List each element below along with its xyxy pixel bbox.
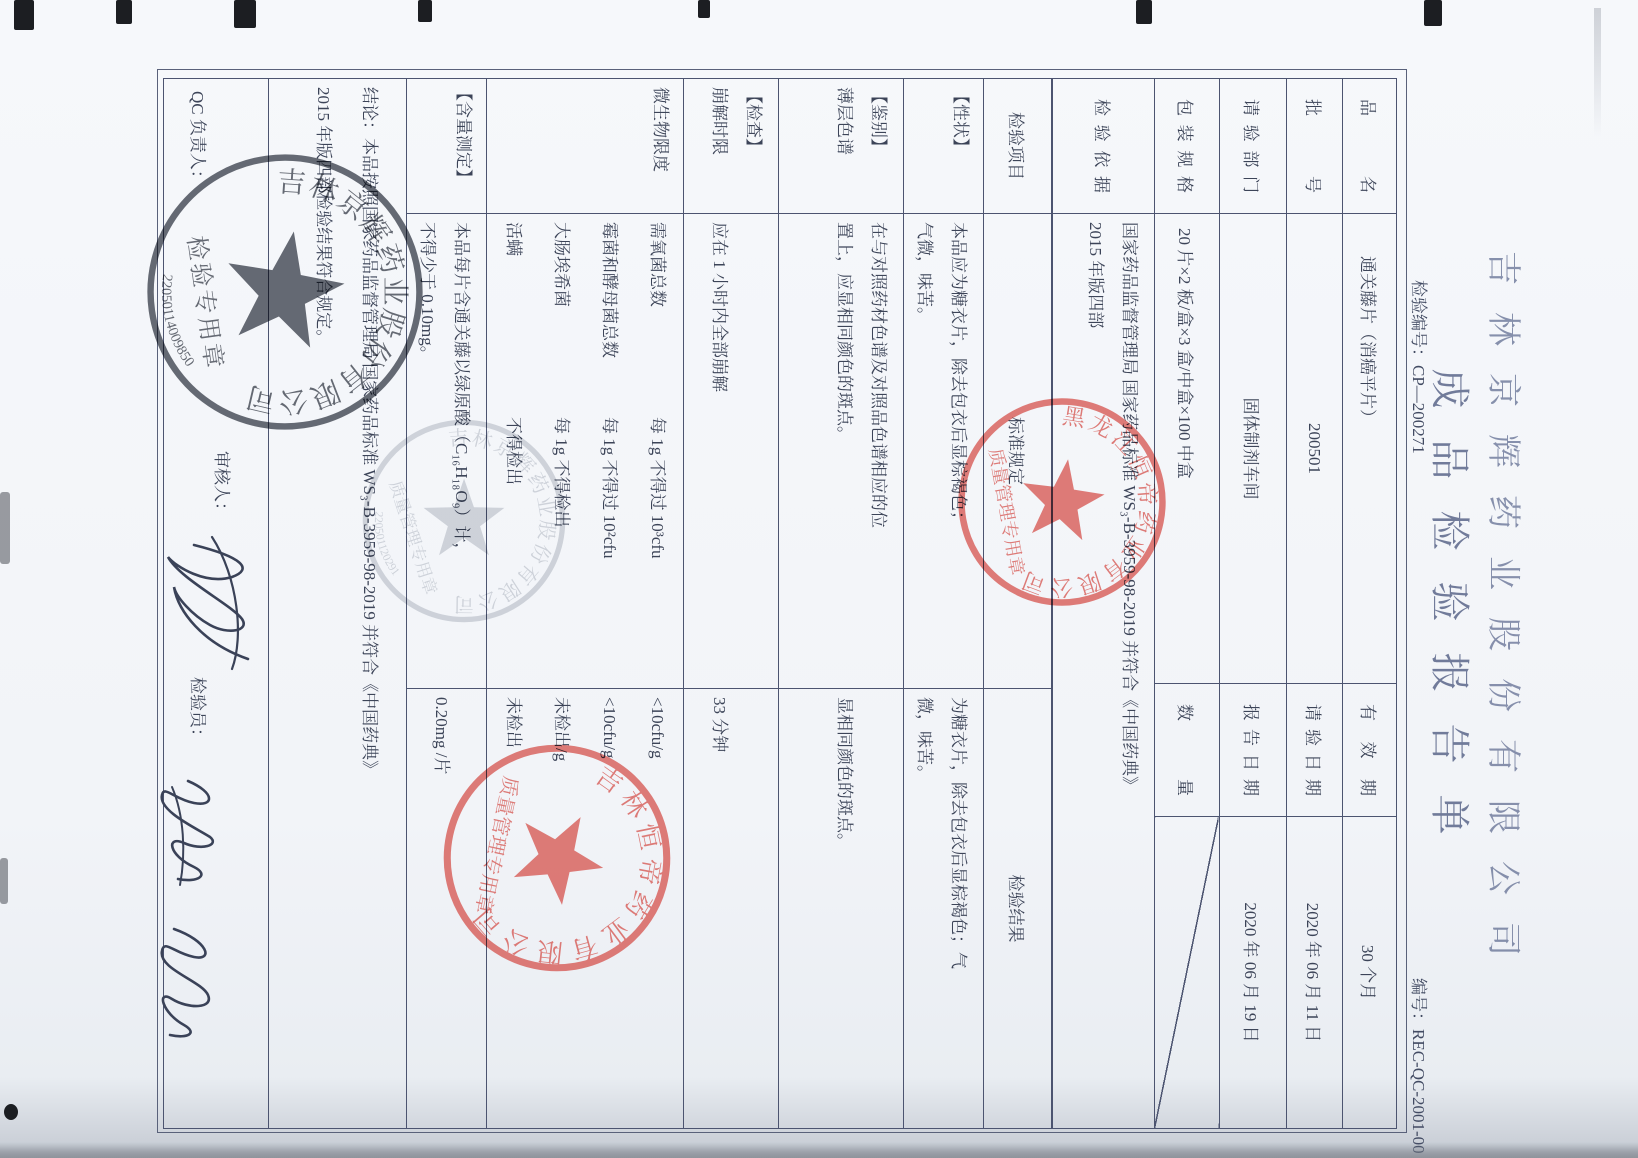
character-result-line2: 微，味苦。 bbox=[907, 697, 941, 1120]
star-icon bbox=[510, 806, 612, 911]
scan-streak bbox=[1594, 8, 1601, 138]
scan-smudge bbox=[0, 858, 8, 904]
quantity-blank-cell bbox=[1155, 817, 1220, 1129]
batch-value: 200501 bbox=[1287, 214, 1343, 684]
microbial-sub: 霉菌和酵母菌总数 每 1g 不得过 10²cfu bbox=[585, 222, 633, 680]
basis-label: 检验依据 bbox=[1053, 79, 1155, 214]
batch-label: 批 号 bbox=[1287, 79, 1343, 214]
inspector-label: 检验员： bbox=[187, 677, 212, 745]
identification-standard-line1: 在与对照药材色谱及对照品色谱相应的位 bbox=[861, 222, 895, 680]
identification-item-line1: 【鉴别】 bbox=[861, 87, 895, 205]
request-dept-label: 请验部门 bbox=[1220, 79, 1287, 214]
company-title: 吉林京辉药业股份有限公司 bbox=[1482, 72, 1531, 1158]
table-row: 品 名 通关藤片（消癌平片） 有 效 期 30 个月 bbox=[1343, 79, 1397, 1129]
request-date-label: 请验日期 bbox=[1287, 684, 1343, 817]
disintegration-result: 33 分钟 bbox=[684, 689, 779, 1129]
request-date-value: 2020 年 06 月 11 日 bbox=[1287, 817, 1343, 1129]
stamp-type-text: 质量管理专用章 bbox=[985, 447, 1027, 577]
identification-result-line1: 显相同颜色的斑点。 bbox=[827, 697, 895, 1120]
identification-result: 显相同颜色的斑点。 bbox=[779, 689, 904, 1129]
product-name-value: 通关藤片（消癌平片） bbox=[1343, 214, 1397, 684]
basis-line2: 2015 年版四部 bbox=[1078, 222, 1112, 1120]
shelf-life-label: 有 效 期 bbox=[1343, 684, 1397, 817]
microbial-sub-limit: 每 1g 不得过 10³cfu bbox=[633, 417, 681, 559]
check-item-line2: 崩解时限 bbox=[702, 87, 736, 205]
character-item: 【性状】 bbox=[904, 79, 984, 214]
character-result-line1: 为糖衣片，除去包衣后显棕褐色；气 bbox=[941, 697, 975, 1120]
identification-standard: 在与对照药材色谱及对照品色谱相应的位 置上，应显相同颜色的斑点。 bbox=[779, 214, 904, 689]
scan-artifact bbox=[234, 0, 256, 28]
microbial-item: 微生物限度 bbox=[487, 79, 684, 214]
red-quality-stamp-top: 黑龙江恒帝药业有限公司 质量管理专用章 bbox=[937, 377, 1187, 627]
microbial-sub-name: 霉菌和酵母菌总数 bbox=[585, 222, 633, 417]
header-line: 检验编号：CP—200271 编号：REC-QC-2001-00 bbox=[1407, 72, 1433, 1158]
basis-value: 国家药品监督管理局 国家药品标准 WS₃-B-3959-98-2019 并符合《… bbox=[1053, 214, 1155, 1129]
report-document: 吉林京辉药业股份有限公司 成品检验报告单 检验编号：CP—200271 编号：R… bbox=[145, 72, 1565, 1158]
scan-artifact bbox=[418, 0, 432, 22]
check-item-line1: 【检查】 bbox=[736, 87, 770, 205]
col-header-item: 检验项目 bbox=[984, 79, 1052, 214]
red-quality-stamp-bottom: 吉林恒帝药业有限公司 质量管理专用章 bbox=[417, 718, 697, 998]
product-name-label: 品 名 bbox=[1343, 79, 1397, 214]
report-date-label: 报告日期 bbox=[1220, 684, 1287, 817]
star-icon bbox=[419, 470, 517, 570]
scan-artifact bbox=[116, 0, 132, 24]
identification-item: 【鉴别】 薄层色谱 bbox=[779, 79, 904, 214]
stamp-type-text: 质量管理专用章 bbox=[471, 774, 523, 916]
identification-item-line2: 薄层色谱 bbox=[827, 87, 861, 205]
microbial-sub-limit: 每 1g 不得过 10²cfu bbox=[585, 417, 633, 559]
dark-inspection-stamp: 吉林京辉药业股份有限公司 检验专用章 22050114009850 bbox=[123, 130, 446, 453]
quantity-label: 数 量 bbox=[1155, 684, 1220, 817]
report-number: 检验编号：CP—200271 bbox=[1408, 280, 1433, 454]
inspector-signature-2 bbox=[144, 917, 224, 1047]
character-result: 为糖衣片，除去包衣后显棕褐色；气 微，味苦。 bbox=[904, 689, 984, 1129]
form-number: 编号：REC-QC-2001-00 bbox=[1408, 978, 1433, 1154]
scanned-inspection-report: { "doc": { "company_title": "吉林京辉药业股份有限公… bbox=[0, 0, 1638, 1158]
microbial-sub: 需氧菌总数 每 1g 不得过 10³cfu bbox=[633, 222, 681, 680]
stamp-type-text: 质量管理专用章 bbox=[385, 478, 441, 597]
microbial-sub-name: 需氧菌总数 bbox=[633, 222, 681, 417]
scan-artifact bbox=[4, 1104, 18, 1120]
reviewer-signature bbox=[152, 527, 272, 677]
table-row: 请验部门 固体制剂车间 报告日期 2020 年 06 月 19 日 bbox=[1220, 79, 1287, 1129]
assay-item: 【含量测定】 bbox=[407, 79, 487, 214]
table-row: 【检查】 崩解时限 应在 1 小时内全部崩解 33 分钟 bbox=[684, 79, 779, 1129]
table-row: 批 号 200501 请验日期 2020 年 06 月 11 日 bbox=[1287, 79, 1343, 1129]
shelf-life-value: 30 个月 bbox=[1343, 817, 1397, 1129]
table-row: 【鉴别】 薄层色谱 在与对照药材色谱及对照品色谱相应的位 置上，应显相同颜色的斑… bbox=[779, 79, 904, 1129]
inspector-signature-1 bbox=[148, 767, 228, 897]
scan-smudge bbox=[0, 492, 10, 564]
table-row: 包装规格 20 片×2 板/盒×3 盒/中盒×100 中盒 数 量 bbox=[1155, 79, 1220, 1129]
disintegration-standard: 应在 1 小时内全部崩解 bbox=[684, 214, 779, 689]
basis-line1: 国家药品监督管理局 国家药品标准 WS₃-B-3959-98-2019 并符合《… bbox=[1112, 222, 1146, 1120]
report-date-value: 2020 年 06 月 19 日 bbox=[1220, 817, 1287, 1129]
reviewer-label: 审核人： bbox=[211, 451, 236, 519]
scan-artifact bbox=[14, 0, 34, 30]
star-icon bbox=[225, 226, 352, 358]
star-icon bbox=[1020, 454, 1111, 548]
microbial-sub-name: 大肠埃希菌 bbox=[537, 222, 585, 417]
request-dept-value: 固体制剂车间 bbox=[1220, 214, 1287, 684]
scan-artifact bbox=[1424, 0, 1442, 26]
pack-spec-label: 包装规格 bbox=[1155, 79, 1220, 214]
character-standard-line2: 气微，味苦。 bbox=[907, 222, 941, 680]
scan-edge-shadow bbox=[0, 1142, 1638, 1158]
scan-artifact bbox=[698, 0, 710, 18]
check-item: 【检查】 崩解时限 bbox=[684, 79, 779, 214]
scan-artifact bbox=[1136, 0, 1152, 24]
pack-spec-value: 20 片×2 板/盒×3 盒/中盒×100 中盒 bbox=[1155, 214, 1220, 684]
col-header-result: 检验结果 bbox=[984, 689, 1052, 1129]
identification-standard-line2: 置上，应显相同颜色的斑点。 bbox=[827, 222, 861, 680]
